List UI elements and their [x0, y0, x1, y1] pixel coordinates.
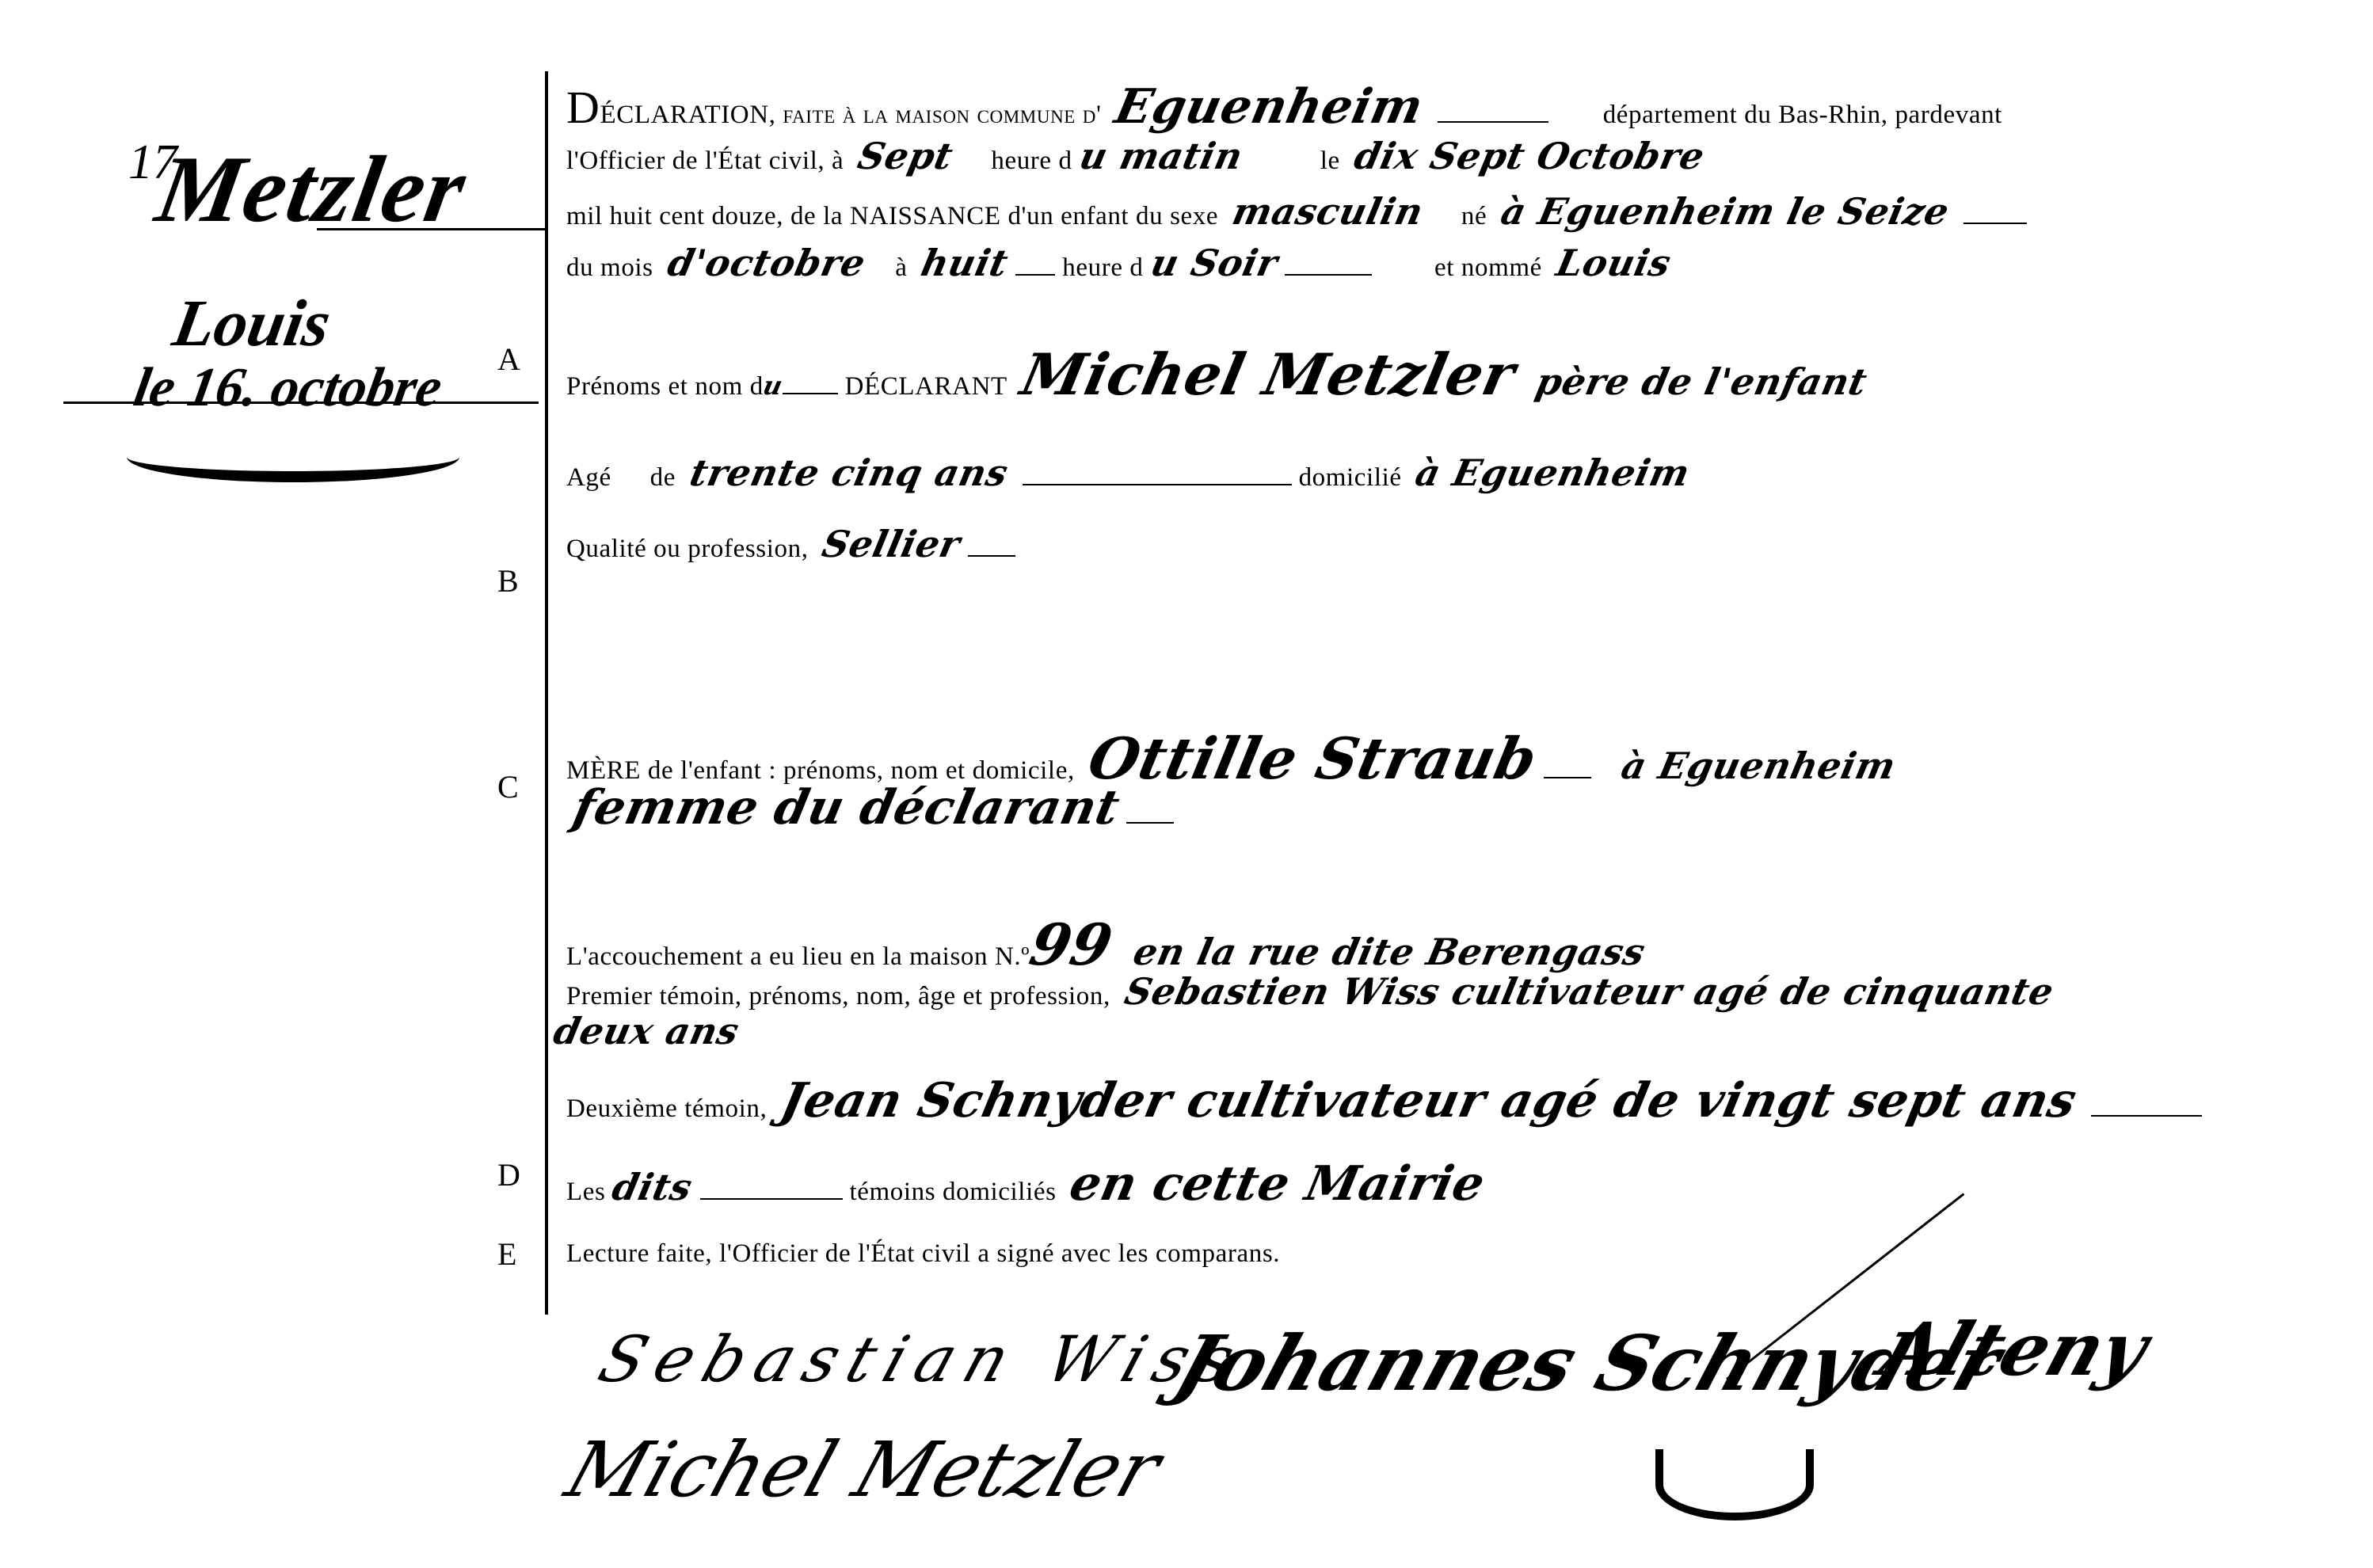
birth-house-line: L'accouchement a eu lieu en la maison N.… [566, 911, 1653, 978]
mother-note-field: femme du déclarant [569, 780, 1125, 835]
margin-date: le 16. octobre [129, 356, 447, 420]
declarant-relation-field: père de l'enfant [1532, 360, 1871, 403]
declarant-domicile-field: à Eguenheim [1412, 451, 1694, 494]
register-page: 17 Metzler Louis le 16. octobre A B C D … [0, 0, 2373, 1568]
declaration-line-2: l'Officier de l'État civil, à Sept heure… [566, 135, 1712, 177]
mother-note-line: femme du déclarant [566, 780, 1174, 835]
first-witness-cont-line: deux ans [547, 1010, 746, 1052]
street-field: en la rue dite Berengass [1130, 931, 1650, 973]
first-witness-cont-field: deux ans [550, 1010, 743, 1052]
section-letter-e: E [497, 1235, 516, 1273]
first-witness-field: Sebastien Wiss cultivateur agé de cinqua… [1121, 970, 2058, 1013]
section-letter-d: D [497, 1156, 520, 1193]
margin-rule [63, 402, 539, 404]
signature-officer: Alteny [1871, 1307, 2158, 1392]
child-name-field: Louis [1552, 242, 1674, 284]
second-witness-field: Jean Schnyder cultivateur agé de vingt s… [776, 1073, 2082, 1128]
declaration-line-1: DÉCLARATION, faite à la maison commune d… [566, 79, 2002, 135]
closing-line: Lecture faite, l'Officier de l'État civi… [566, 1239, 1280, 1269]
second-witness-line: Deuxième témoin, Jean Schnyder cultivate… [566, 1073, 2202, 1128]
house-number-field: 99 [1024, 911, 1118, 978]
time-of-day-field: u matin [1076, 135, 1247, 177]
sex-field: masculin [1228, 190, 1427, 233]
margin-divider [545, 71, 548, 1315]
commune-field: Eguenheim [1110, 79, 1428, 135]
signature-declarant: Michel Metzler [556, 1425, 1171, 1514]
mother-domicile-field: à Eguenheim [1617, 744, 1899, 787]
margin-rule [317, 228, 547, 230]
section-letter-a: A [497, 341, 520, 378]
declaration-line-3: mil huit cent douze, de la NAISSANCE d'u… [566, 190, 2027, 233]
declarant-age-line: Agé de trente cinq ans domicilié à Eguen… [566, 451, 1697, 494]
declarant-profession-line: Qualité ou profession, Sellier [566, 523, 1015, 565]
signature-witness-1: Sebastian Wiss [590, 1323, 1255, 1396]
birth-hour-field: huit [918, 242, 1012, 284]
birth-month-field: d'octobre [664, 242, 869, 284]
signature-paraph [1655, 1449, 1814, 1520]
declaration-date-field: dix Sept Octobre [1350, 135, 1708, 177]
birth-time-of-day-field: u Soir [1147, 242, 1282, 284]
margin-flourish [127, 432, 459, 482]
first-witness-line: Premier témoin, prénoms, nom, âge et pro… [566, 970, 2061, 1013]
declaration-line-4: du mois d'octobre à huit heure du Soir e… [566, 242, 1678, 284]
declaration-hour-field: Sept [854, 135, 957, 177]
witness-domicile-line: Lesdits témoins domiciliés en cette Mair… [566, 1156, 1492, 1212]
declarant-profession-field: Sellier [819, 523, 965, 565]
declarant-name-field: Michel Metzler [1015, 341, 1522, 408]
section-letter-b: B [497, 562, 519, 599]
margin-given-name: Louis [167, 285, 336, 362]
witness-domicile-field: en cette Mairie [1065, 1156, 1490, 1212]
section-letter-c: C [497, 768, 519, 805]
declarant-line: Prénoms et nom du DÉCLARANT Michel Metzl… [566, 341, 1875, 408]
declarant-age-field: trente cinq ans [686, 451, 1011, 494]
birth-place-date-field: à Eguenheim le Seize [1497, 190, 1953, 233]
drop-cap: D [566, 82, 600, 133]
